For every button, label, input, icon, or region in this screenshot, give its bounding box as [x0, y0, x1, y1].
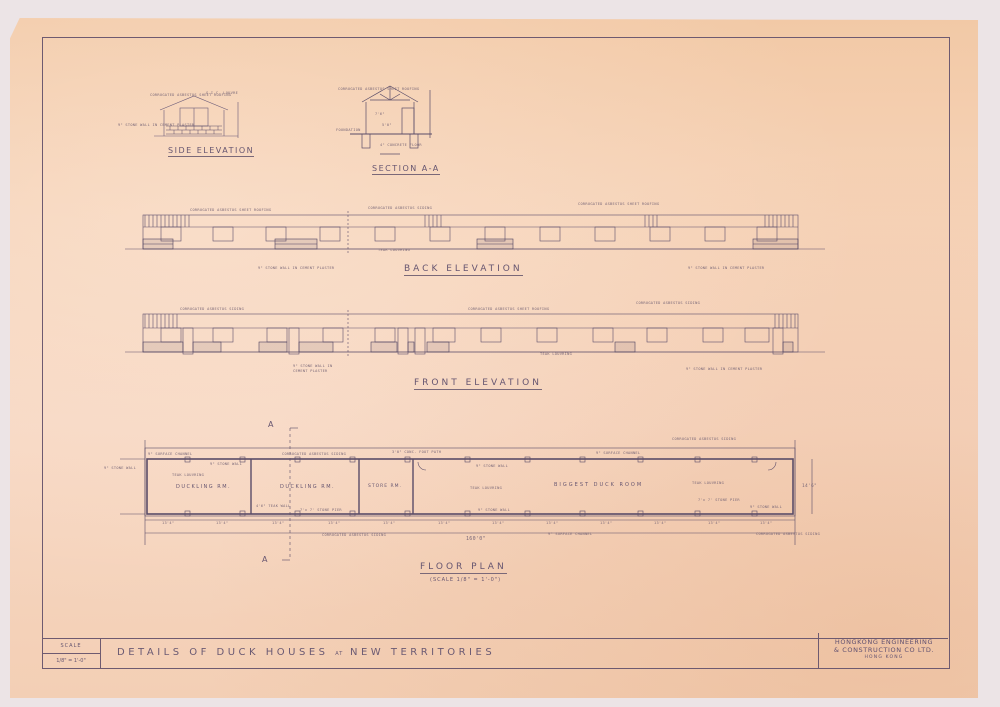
floor-plan-note-top: 9" SURFACE CHANNEL: [148, 452, 192, 456]
floor-plan-note-inner: 9" STONE WALL: [476, 464, 508, 468]
overall-length-dimension: 160'0": [466, 536, 486, 542]
side-elevation-drawing: [140, 88, 250, 148]
floor-plan-note-top: 9" SURFACE CHANNEL: [596, 451, 640, 455]
front-elevation-note: CORRUGATED ASBESTOS SIDING: [180, 307, 244, 311]
company-line-3: HONG KONG: [819, 654, 949, 662]
back-elevation-note: CORRUGATED ASBESTOS SHEET ROOFING: [578, 202, 659, 206]
section-aa-note: FOUNDATION: [336, 128, 361, 132]
floor-plan-note-inner: 7'x 7' STONE PIER: [698, 498, 740, 502]
bay-dimension: 13'4": [438, 521, 450, 525]
front-elevation-note: 9" STONE WALL IN CEMENT PLASTER: [686, 367, 762, 371]
floor-plan-note-bottom: 9" SURFACE CHANNEL: [548, 532, 592, 536]
floor-plan-note-inner: 4'6" TEAK WALL: [256, 504, 291, 508]
drawing-title-connector: AT: [335, 651, 343, 657]
floor-plan-note-top: CORRUGATED ASBESTOS SIDING: [672, 437, 736, 441]
section-aa-drawing: [340, 82, 460, 162]
front-elevation-note: 9" STONE WALL IN CEMENT PLASTER: [293, 364, 333, 374]
floor-plan-note-inner: 7'x 7' STONE PIER: [300, 508, 342, 512]
floor-plan-note-inner: TEAK LOUVRING: [172, 473, 204, 477]
drawing-title-location: NEW TERRITORIES: [350, 647, 495, 658]
bay-dimension: 13'4": [600, 521, 612, 525]
section-aa-note: 5'0": [382, 123, 392, 127]
company-block: HONGKONG ENGINEERING & CONSTRUCTION CO L…: [818, 633, 949, 668]
drawing-title-main: DETAILS OF DUCK HOUSES: [117, 647, 329, 658]
floor-plan-drawing: [100, 420, 840, 570]
room-label: DUCKLING RM.: [280, 484, 335, 490]
section-aa-note: 4" CONCRETE FLOOR: [380, 143, 422, 147]
front-elevation-label: FRONT ELEVATION: [414, 378, 542, 390]
title-block: SCALE 1/8" = 1'-0" DETAILS OF DUCK HOUSE…: [42, 638, 948, 668]
section-marker-bottom: A: [262, 555, 267, 564]
bay-dimension: 13'4": [162, 521, 174, 525]
front-elevation-note: TEAK LOUVRING: [540, 352, 572, 356]
floor-plan-note-inner: 9" STONE WALL: [210, 462, 242, 466]
back-elevation-note: TEAK LOUVRING: [378, 248, 410, 252]
front-elevation-note: CORRUGATED ASBESTOS SIDING: [636, 301, 700, 305]
floor-plan-note-top: 3'0" CONC. FOOT PATH: [392, 450, 441, 454]
company-line-1: HONGKONG ENGINEERING: [819, 638, 949, 646]
drawing-title: DETAILS OF DUCK HOUSES AT NEW TERRITORIE…: [117, 647, 495, 658]
floor-plan-note-inner: TEAK LOUVRING: [692, 481, 724, 485]
floor-plan-label: FLOOR PLAN: [420, 562, 507, 574]
floor-plan-note-bottom: CORRUGATED ASBESTOS SIDING: [756, 532, 820, 536]
scale-box: SCALE 1/8" = 1'-0": [42, 639, 101, 668]
section-aa-label: SECTION A-A: [372, 164, 440, 175]
back-elevation-note: CORRUGATED ASBESTOS SIDING: [368, 206, 432, 210]
bay-dimension: 13'4": [216, 521, 228, 525]
bay-dimension: 13'4": [492, 521, 504, 525]
bay-dimension: 13'4": [546, 521, 558, 525]
floor-plan-note-inner: TEAK LOUVRING: [470, 486, 502, 490]
back-elevation-label: BACK ELEVATION: [404, 264, 523, 276]
front-elevation-drawing: [125, 308, 825, 358]
floor-plan-note-inner: 9" STONE WALL: [750, 505, 782, 509]
back-elevation-note: CORRUGATED ASBESTOS SHEET ROOFING: [190, 208, 271, 212]
section-aa-note: 7'6": [375, 112, 385, 116]
floor-plan-note-bottom: CORRUGATED ASBESTOS SIDING: [322, 533, 386, 537]
room-label: DUCKLING RM.: [176, 484, 231, 490]
section-aa-note: CORRUGATED ASBESTOS SHEET ROOFING: [338, 87, 419, 91]
bay-dimension: 13'4": [328, 521, 340, 525]
side-elevation-note: G.I.C. LOUVRE: [206, 91, 238, 95]
back-elevation-note: 9" STONE WALL IN CEMENT PLASTER: [688, 266, 764, 270]
side-elevation-note: 9" STONE WALL IN CEMENT PLASTER: [118, 123, 194, 127]
room-label: STORE RM.: [368, 484, 402, 489]
back-elevation-note: 9" STONE WALL IN CEMENT PLASTER: [258, 266, 334, 270]
bay-dimension: 13'4": [383, 521, 395, 525]
back-elevation-drawing: [125, 205, 825, 260]
scale-header: SCALE: [42, 639, 100, 654]
floor-plan-note-top: CORRUGATED ASBESTOS SIDING: [282, 452, 346, 456]
room-label: BIGGEST DUCK ROOM: [554, 482, 643, 488]
bay-dimension: 13'4": [272, 521, 284, 525]
front-elevation-note: CORRUGATED ASBESTOS SHEET ROOFING: [468, 307, 549, 311]
width-dimension: 14'6": [802, 484, 817, 489]
floor-plan-scale-note: (SCALE 1/8" = 1'-0"): [430, 577, 501, 583]
floor-plan-note-left: 9" STONE WALL: [104, 466, 136, 470]
floor-plan-note-inner: 9" STONE WALL: [478, 508, 510, 512]
bay-dimension: 13'4": [654, 521, 666, 525]
bay-dimension: 13'4": [708, 521, 720, 525]
scale-value: 1/8" = 1'-0": [42, 654, 100, 668]
side-elevation-label: SIDE ELEVATION: [168, 146, 254, 157]
section-marker-top: A: [268, 420, 273, 429]
company-line-2: & CONSTRUCTION CO LTD.: [819, 646, 949, 654]
bay-dimension: 13'4": [760, 521, 772, 525]
